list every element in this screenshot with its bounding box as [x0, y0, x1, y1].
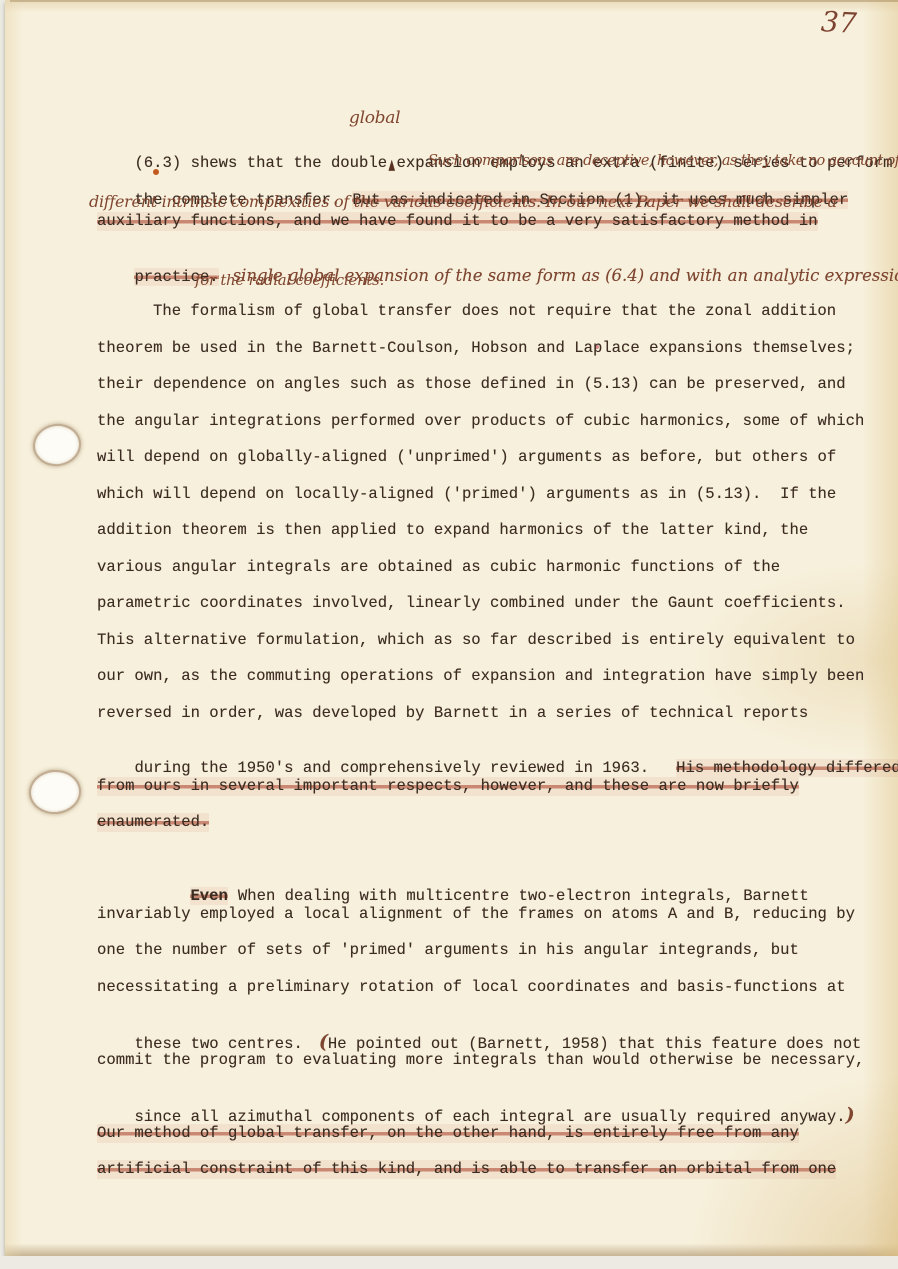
- typed-line: theorem be used in the Barnett-Coulson, …: [97, 339, 855, 358]
- handwritten-close-bracket: ): [846, 1104, 855, 1126]
- scan-top-edge: [10, 0, 898, 2]
- typed-line: various angular integrals are obtained a…: [97, 558, 780, 577]
- handwritten-annotation: different intrinsic complexities of the …: [89, 192, 837, 211]
- typed-text: (6.3) shews that the double: [134, 154, 387, 172]
- handwritten-insert-word: global: [349, 108, 400, 128]
- typed-line: commit the program to evaluating more in…: [97, 1051, 864, 1070]
- typed-line: necessitating a preliminary rotation of …: [97, 978, 846, 997]
- scanned-typescript-page: { "page": { "page_number": "37", "colors…: [0, 0, 898, 1269]
- typed-line: addition theorem is then applied to expa…: [97, 521, 808, 540]
- typed-line: will depend on globally-aligned ('unprim…: [97, 448, 836, 467]
- typed-text: during the 1950's and comprehensively re…: [134, 759, 649, 777]
- struck-typed-line: auxiliary functions, and we have found i…: [97, 212, 818, 231]
- handwritten-annotation: Such comparisons are deceptive, however,…: [428, 153, 898, 169]
- page-number: 37: [820, 5, 857, 40]
- typed-line: reversed in order, was developed by Barn…: [97, 704, 808, 723]
- struck-typed-text: Even: [190, 887, 227, 905]
- typed-line: parametric coordinates involved, linearl…: [97, 594, 846, 613]
- scan-background-strip: [0, 1256, 898, 1269]
- punch-hole: [30, 421, 83, 469]
- typed-line: which will depend on locally-aligned ('p…: [97, 485, 836, 504]
- typed-line: The formalism of global transfer does no…: [153, 302, 836, 321]
- struck-typed-line: enaumerated.: [97, 813, 209, 832]
- typed-line: our own, as the commuting operations of …: [97, 667, 864, 686]
- handwritten-annotation: for the radial coefficients.: [195, 271, 384, 289]
- handwritten-open-bracket: (: [319, 1031, 328, 1053]
- punch-hole: [28, 768, 83, 816]
- typed-line: the angular integrations performed over …: [97, 412, 864, 431]
- struck-typed-line: from ours in several important respects,…: [97, 777, 799, 796]
- struck-typed-text: His methodology differed: [676, 759, 898, 777]
- typed-text: When dealing with multicentre two-electr…: [238, 887, 809, 905]
- struck-typed-line: artificial constraint of this kind, and …: [97, 1160, 836, 1179]
- document-page: 37 global (6.3) shews that the double▴ex…: [5, 0, 898, 1256]
- typed-line: their dependence on angles such as those…: [97, 375, 846, 394]
- typed-line: one the number of sets of 'primed' argum…: [97, 941, 799, 960]
- struck-typed-line: Our method of global transfer, on the ot…: [97, 1124, 799, 1143]
- typed-line: This alternative formulation, which as s…: [97, 631, 855, 650]
- typed-line: invariably employed a local alignment of…: [97, 905, 855, 924]
